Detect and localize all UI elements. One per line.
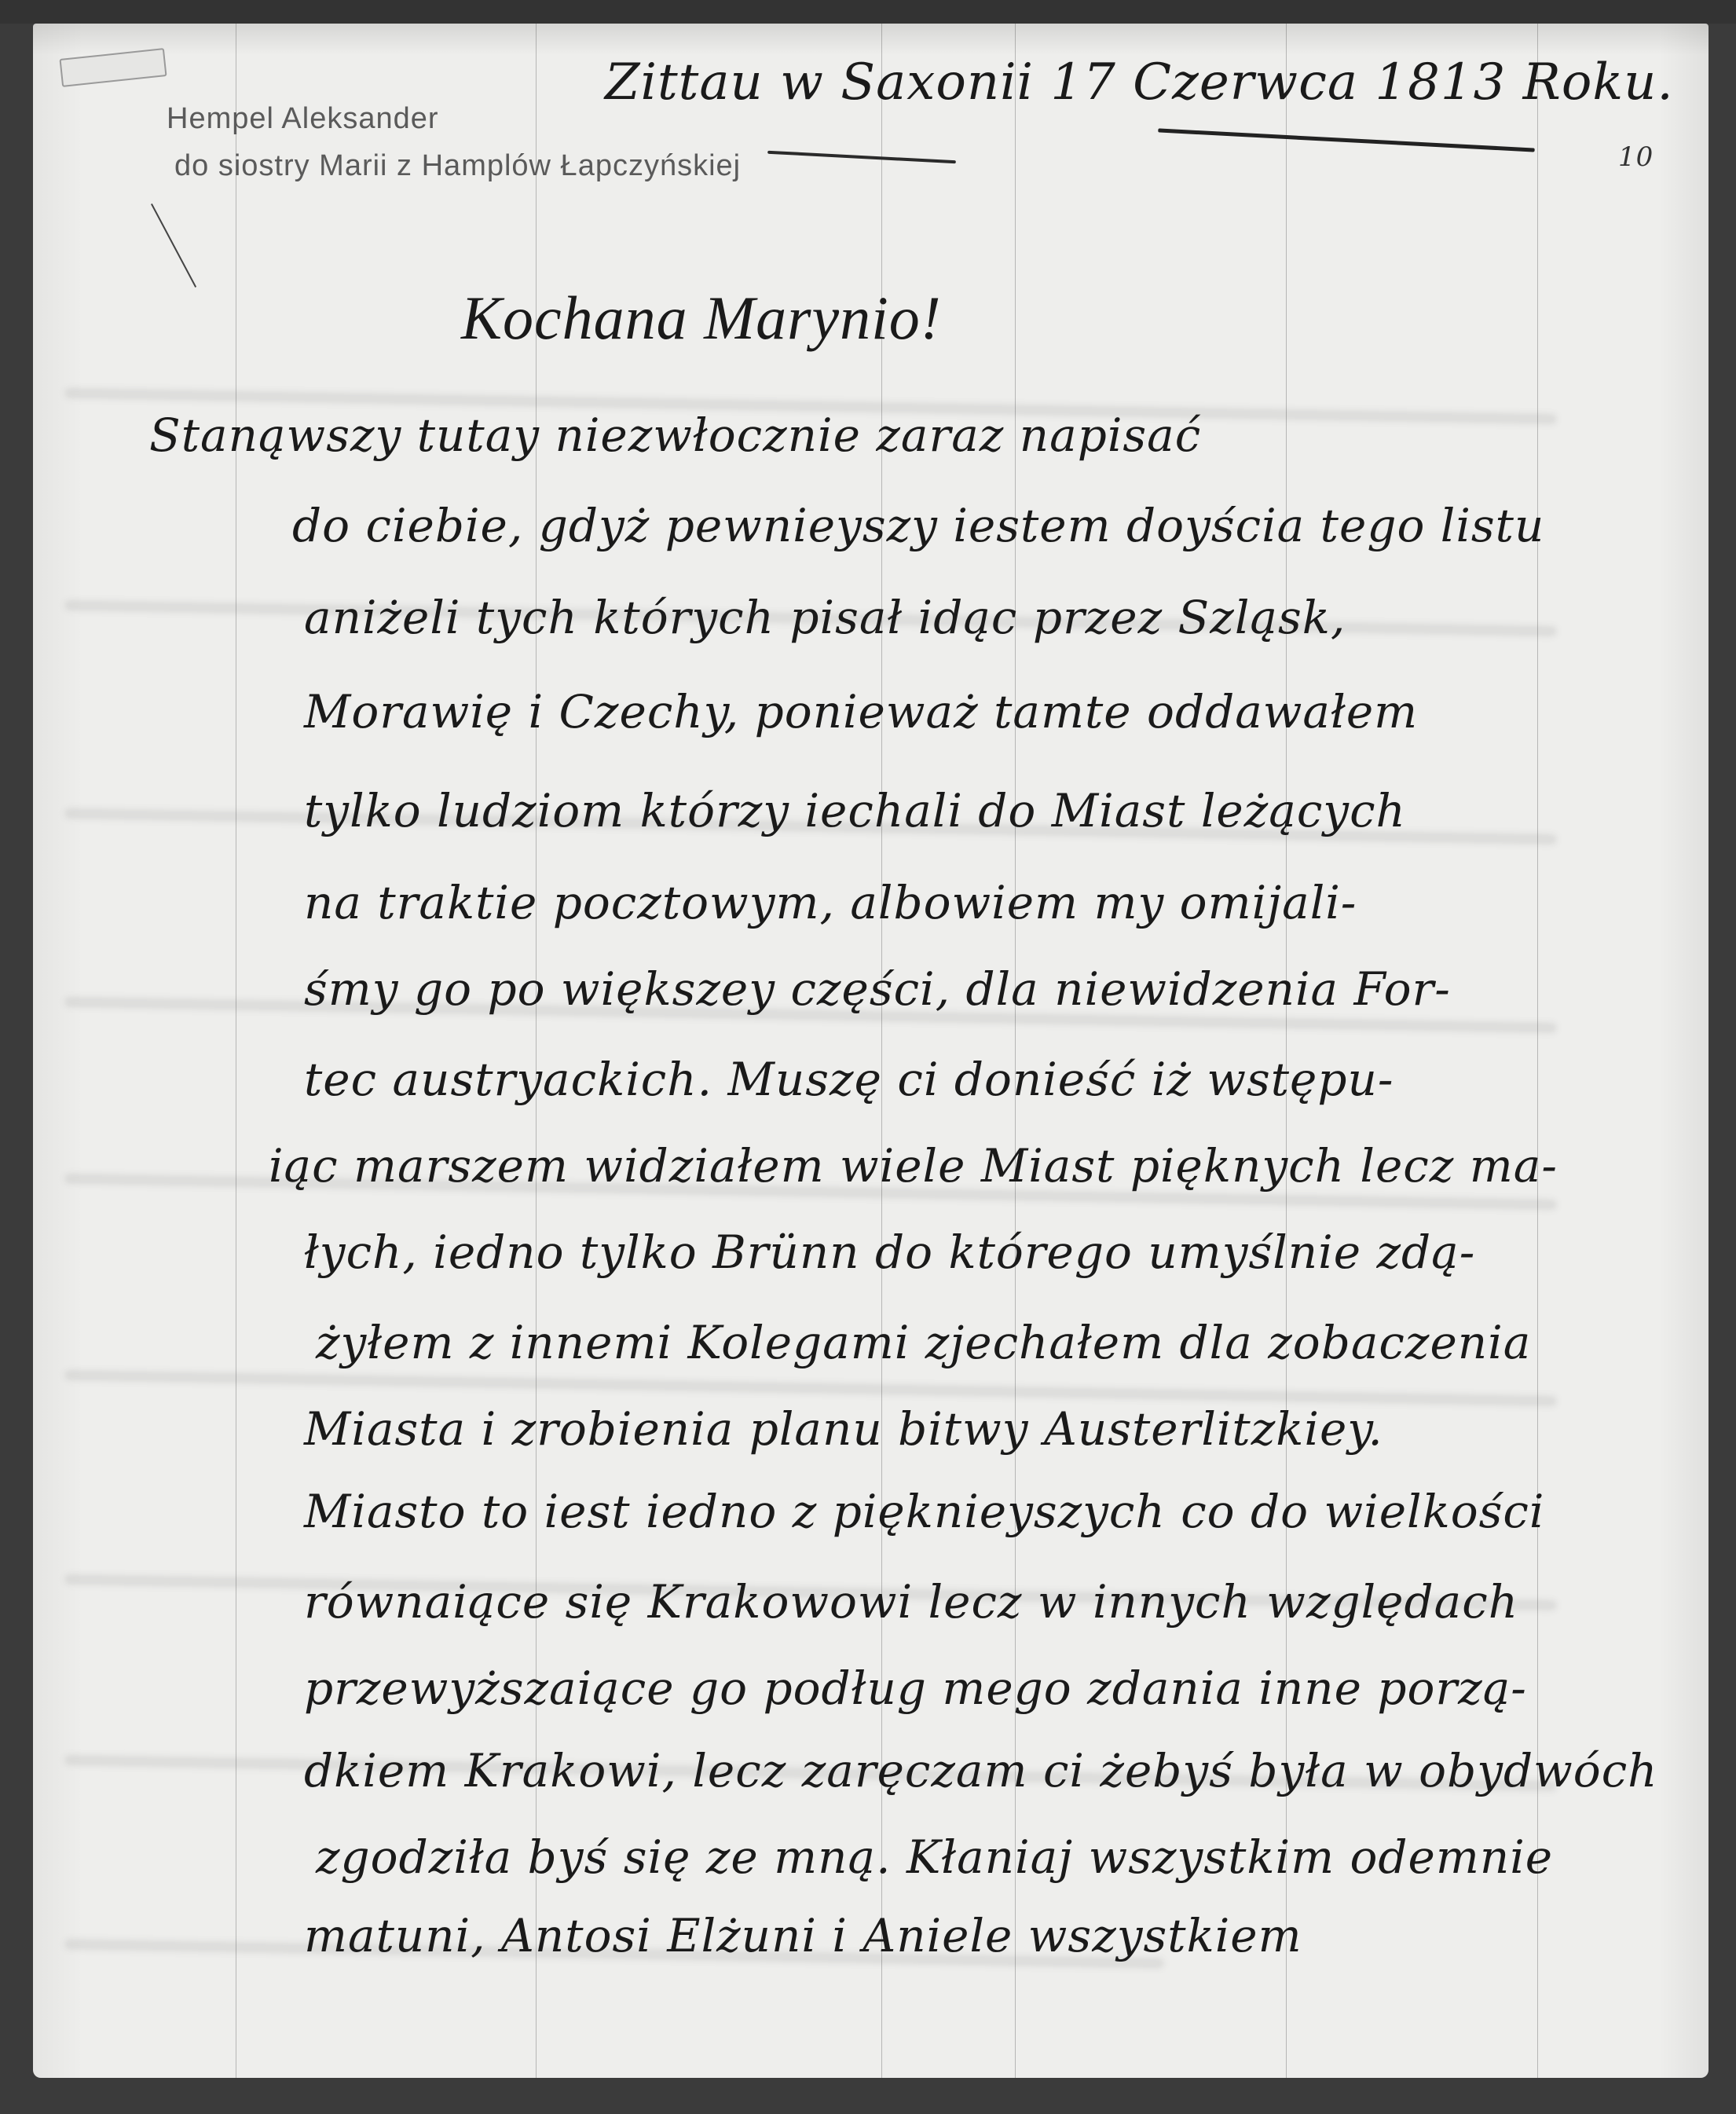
archival-note-line1: Hempel Aleksander	[167, 102, 439, 136]
body-line: iąc marszem widziałem wiele Miast piękny…	[269, 1139, 1558, 1193]
body-line: matuni, Antosi Elżuni i Aniele wszystkie…	[304, 1909, 1302, 1962]
folio-number: 10	[1618, 141, 1654, 173]
body-line: łych, iedno tylko Brünn do którego umyśl…	[304, 1226, 1475, 1279]
scan-frame	[0, 0, 1736, 24]
body-line: śmy go po większey części, dla niewidzen…	[304, 962, 1451, 1016]
film-scratch	[236, 24, 236, 2078]
body-line: dkiem Krakowi, lecz zaręczam ci żebyś by…	[304, 1744, 1658, 1797]
heading-underline	[1158, 128, 1535, 152]
letter-date-heading: Zittau w Saxonii 17 Czerwca 1813 Roku.	[605, 53, 1674, 112]
letter-greeting: Kochana Marynio!	[461, 283, 942, 354]
body-line: żyłem z innemi Kolegami zjechałem dla zo…	[316, 1316, 1531, 1369]
bleed-through	[64, 1369, 1557, 1406]
body-line: przewyższaiące go podług mego zdania inn…	[304, 1662, 1527, 1715]
letter-page: Hempel Aleksander do siostry Marii z Ham…	[33, 24, 1709, 2078]
body-line: Miasto to iest iedno z pięknieyszych co …	[304, 1485, 1544, 1538]
body-line: zgodziła byś się ze mną. Kłaniaj wszystk…	[316, 1830, 1553, 1884]
body-line: aniżeli tych których pisał idąc przez Sz…	[304, 591, 1346, 644]
paper-tab	[59, 48, 167, 87]
body-line: Stanąwszy tutay niezwłocznie zaraz napis…	[149, 409, 1201, 462]
body-line: na traktie pocztowym, albowiem my omijal…	[304, 876, 1357, 929]
pencil-stroke	[151, 203, 196, 288]
body-line: tec austryackich. Muszę ci donieść iż ws…	[304, 1053, 1394, 1106]
archival-note-line2: do siostry Marii z Hamplów Łapczyńskiej	[174, 149, 741, 183]
body-line: tylko ludziom którzy iechali do Miast le…	[304, 784, 1406, 837]
body-line: Miasta i zrobienia planu bitwy Austerlit…	[304, 1402, 1383, 1456]
body-line: do ciebie, gdyż pewnieyszy iestem doyści…	[292, 499, 1544, 552]
body-line: Morawię i Czechy, ponieważ tamte oddawał…	[304, 685, 1418, 738]
heading-underline	[767, 151, 956, 164]
body-line: równaiące się Krakowowi lecz w innych wz…	[304, 1575, 1518, 1629]
